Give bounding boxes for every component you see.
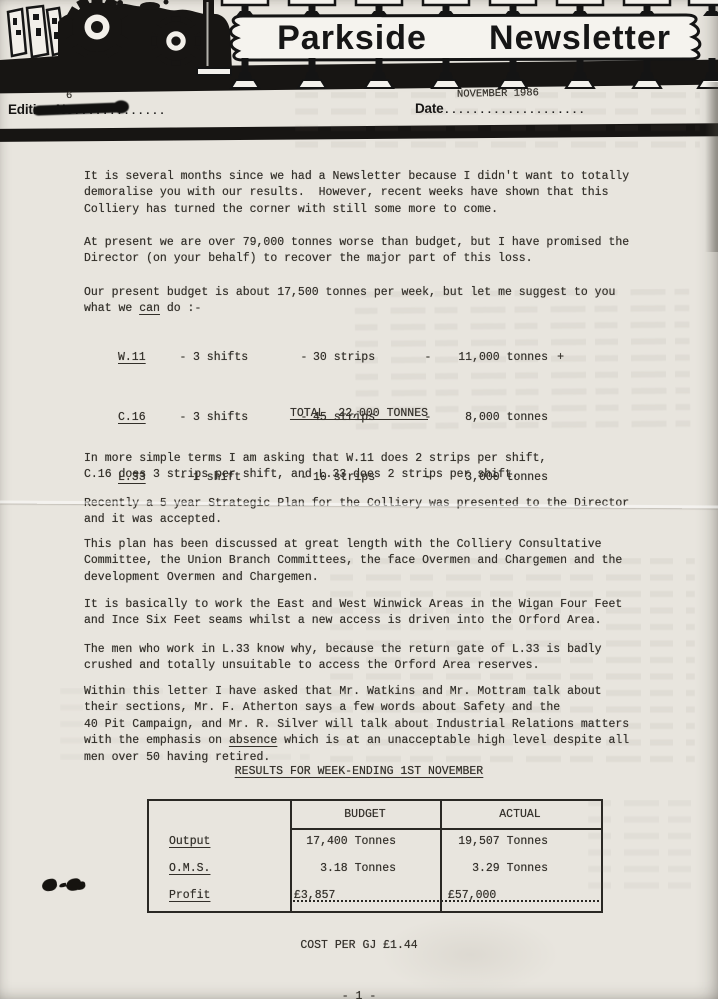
newsletter-title-word2: Newsletter: [489, 19, 671, 57]
total-tonnes-line: TOTAL 22,000 TONNES: [85, 406, 633, 423]
ink-blot: [41, 878, 58, 892]
face-name: W.11: [118, 350, 173, 367]
bleedthrough-texture: [588, 800, 703, 895]
paragraph-l33-gate: The men who work in L.33 know why, becau…: [84, 642, 662, 675]
table-row-profit: Profit £3,857 £57,000: [149, 888, 601, 905]
newsletter-title-word1: Parkside: [277, 19, 427, 57]
coal-cutter-illustration: [0, 0, 232, 75]
date-label: Date....................: [415, 101, 586, 117]
paper-stain: [380, 915, 560, 995]
column-header-actual: ACTUAL: [440, 807, 600, 824]
table-row-output: Output 17,400 Tonnes 19,507 Tonnes: [149, 834, 601, 851]
column-header-budget: BUDGET: [290, 807, 440, 824]
scan-edge-shadow: [705, 82, 718, 252]
results-table: BUDGET ACTUAL Output 17,400 Tonnes 19,50…: [147, 799, 603, 913]
page-number: - 1 -: [85, 989, 633, 999]
paragraph-intro: It is several months since we had a News…: [84, 169, 662, 219]
table-row-oms: O.M.S. 3.18 Tonnes 3.29 Tonnes: [149, 861, 601, 878]
title-banner: Parkside Newsletter: [231, 15, 700, 60]
edition-number: 6: [66, 90, 72, 102]
table-header-underline: [290, 828, 601, 830]
paragraph-strategic-plan: Recently a 5 year Strategic Plan for the…: [84, 496, 662, 529]
shift-row-w11: W.11 - 3 shifts - 30 strips - 11,000 ton…: [118, 350, 588, 367]
scanned-newsletter-page: Parkside Newsletter Edition No..........…: [0, 0, 718, 999]
paragraph-suggestion: Our present budget is about 17,500 tonne…: [84, 285, 662, 318]
underlined-word-absence: absence: [229, 734, 277, 747]
table-header-row: BUDGET ACTUAL: [149, 807, 601, 824]
paragraph-simple-terms: In more simple terms I am asking that W.…: [84, 451, 662, 484]
date-dotted-line: ....................: [443, 105, 585, 117]
results-heading: RESULTS FOR WEEK-ENDING 1ST NOVEMBER: [85, 764, 633, 781]
paragraph-winwick-areas: It is basically to work the East and Wes…: [84, 597, 662, 630]
date-value: NOVEMBER 1986: [457, 87, 539, 100]
paragraph-budget-loss: At present we are over 79,000 tonnes wor…: [84, 235, 662, 268]
paragraph-contributors: Within this letter I have asked that Mr.…: [84, 684, 662, 767]
masthead-artwork: Parkside Newsletter: [0, 0, 718, 96]
paragraph-plan-discussed: This plan has been discussed at great le…: [84, 537, 662, 587]
underlined-word-can: can: [139, 302, 160, 315]
